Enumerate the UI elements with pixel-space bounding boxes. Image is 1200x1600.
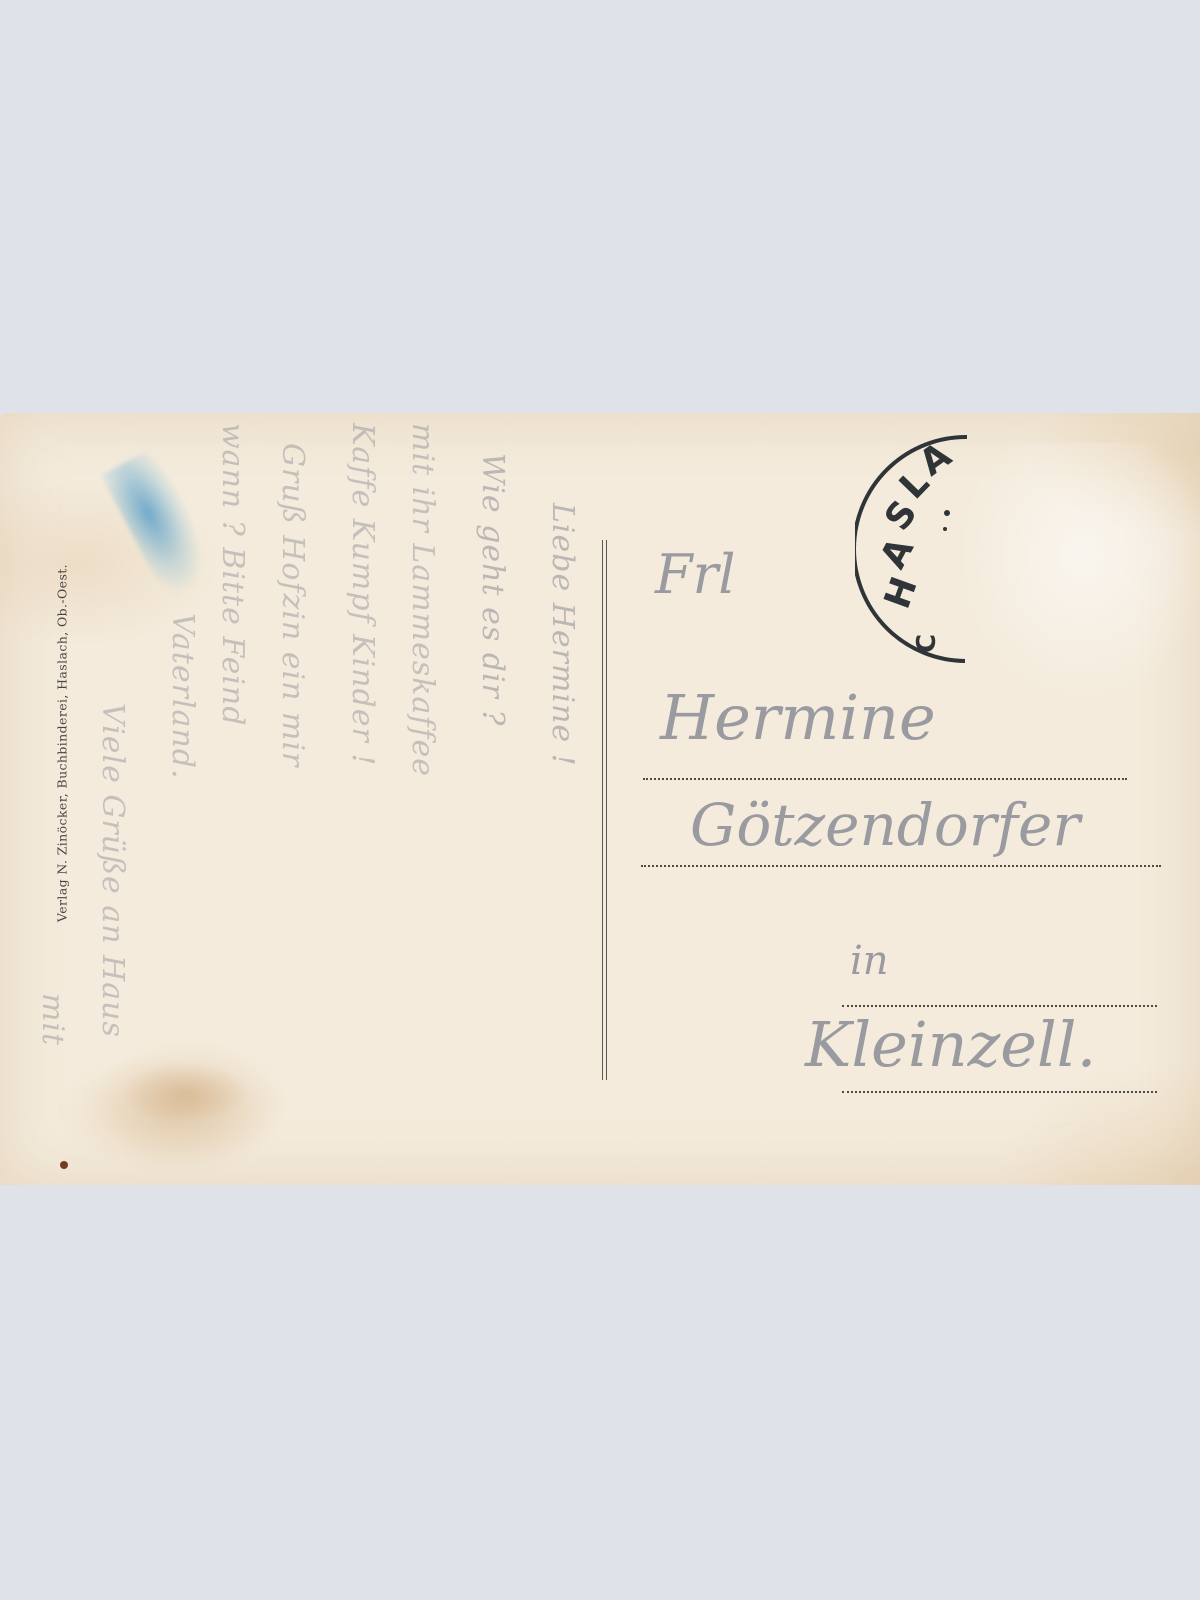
message-line: Liebe Hermine ! [545,503,580,767]
address-line-1 [643,778,1127,780]
address-first-name: Hermine [660,681,936,754]
address-divider [602,540,607,1080]
postcard: Verlag N. Zinöcker, Buchbinderei, Haslac… [0,413,1200,1185]
address-salutation: Frl [655,543,736,606]
svg-text:H: H [877,572,926,614]
address-line-2 [641,865,1161,867]
message-line: Vaterland. [165,613,200,780]
message-line: Viele Grüße an Haus [95,703,130,1038]
address-preposition: in [850,938,889,984]
postmark-icon: H A S L A C [855,433,1095,673]
message-line: Gruß Hofzin ein mir [275,443,310,767]
message-line: Kaffe Kumpf Kinder ! [345,423,380,766]
address-line-3 [842,1005,1157,1007]
message-line: wann ? Bitte Feind [215,423,250,726]
svg-text:C: C [912,634,942,653]
address-line-4 [842,1091,1157,1093]
message-line: mit ihr Lammeskaffee [405,423,440,777]
blue-crayon-mark [101,447,220,599]
address-place: Kleinzell. [805,1008,1096,1081]
paper-stain [120,1063,250,1123]
svg-text:A: A [873,531,922,575]
publisher-imprint: Verlag N. Zinöcker, Buchbinderei, Haslac… [55,564,70,922]
address-last-name: Götzendorfer [690,791,1080,859]
message-line: Wie geht es dir ? [475,453,510,727]
message-line: mit [35,993,70,1046]
ink-spot [60,1161,68,1169]
